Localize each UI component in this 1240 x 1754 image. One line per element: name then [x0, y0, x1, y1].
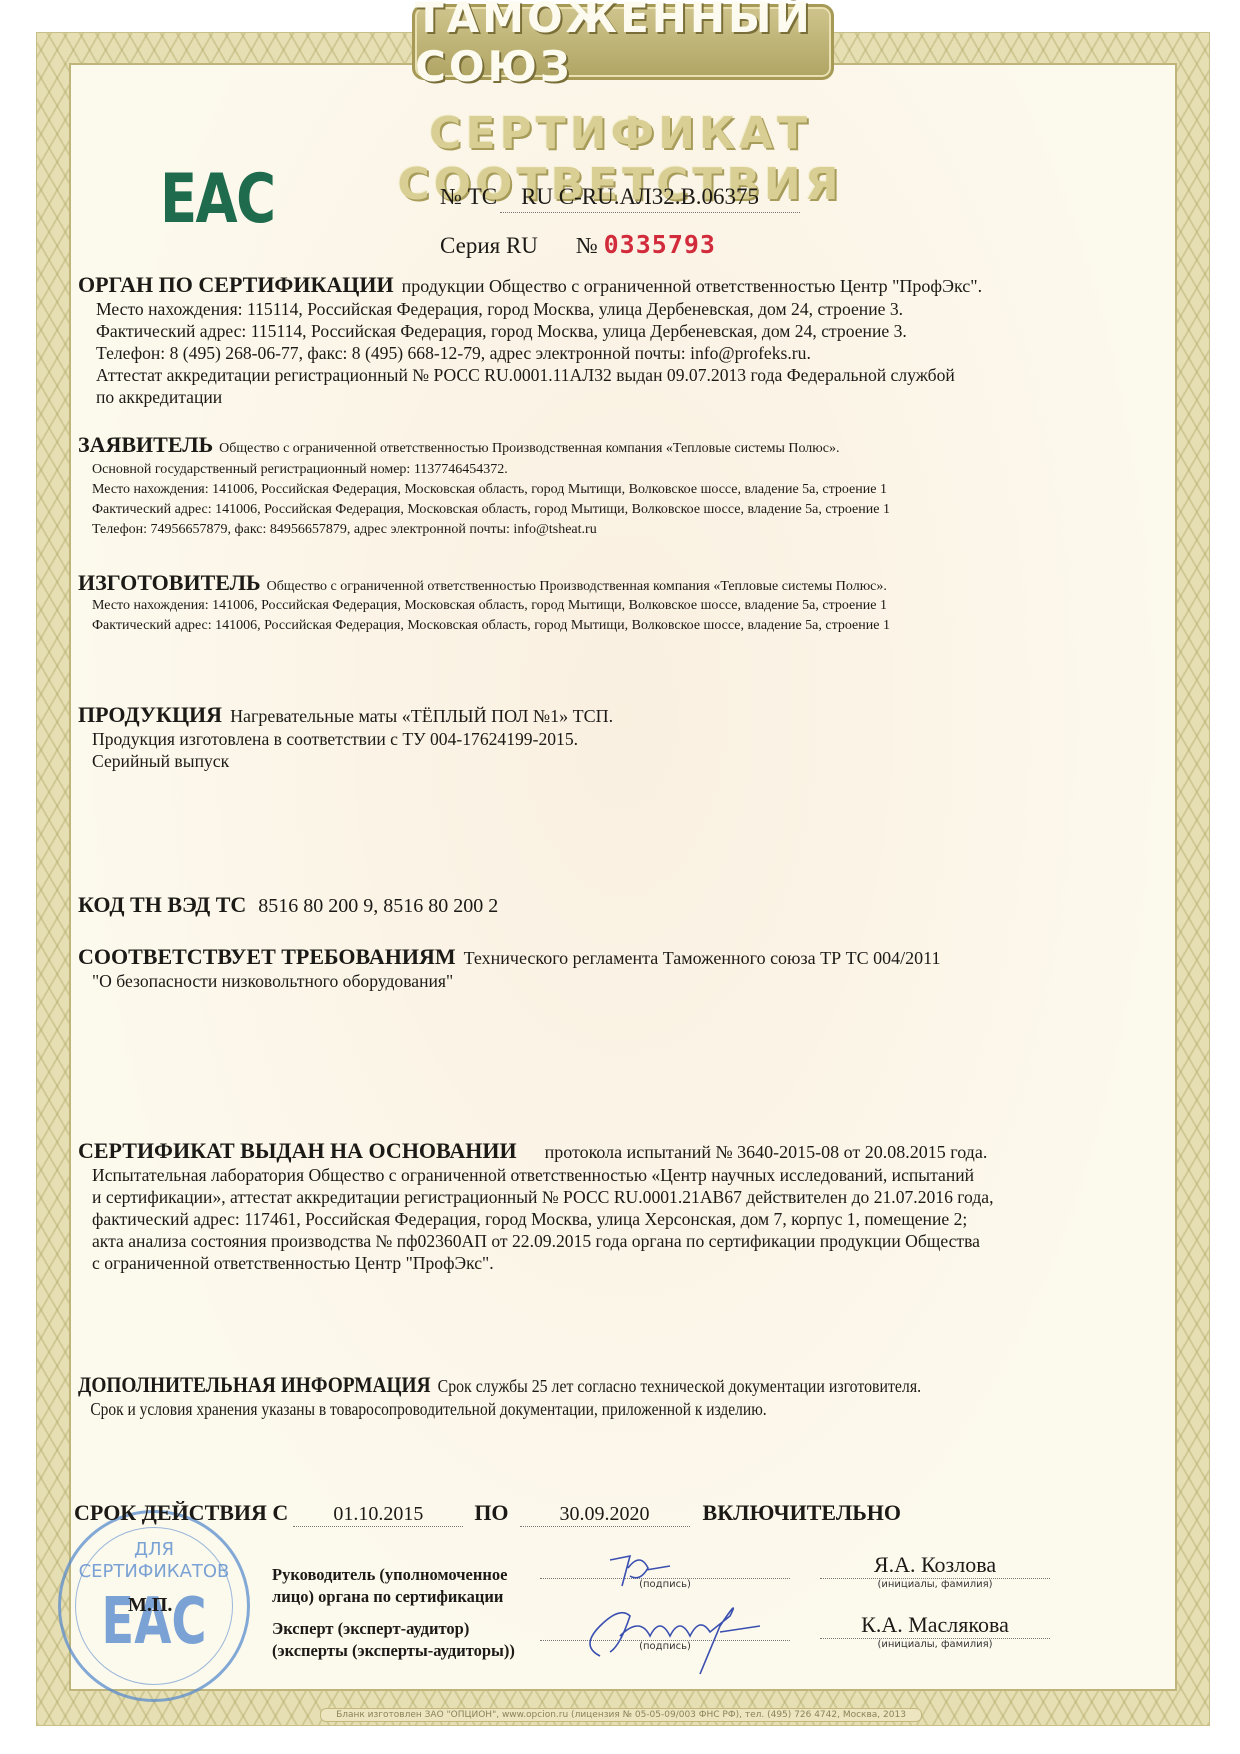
expert-name: К.А. Маслякова: [820, 1612, 1050, 1638]
section-applicant: ЗАЯВИТЕЛЬОбщество с ограниченной ответст…: [78, 432, 1150, 540]
label-line: Руководитель (уполномоченное: [272, 1564, 507, 1586]
expert-signature-icon: [570, 1586, 770, 1676]
text-line: Место нахождения: 141006, Российская Фед…: [92, 480, 1150, 500]
section-lead: протокола испытаний № 3640-2015-08 от 20…: [545, 1142, 988, 1162]
section-basis: СЕРТИФИКАТ ВЫДАН НА ОСНОВАНИИпротокола и…: [78, 1138, 1180, 1274]
eac-logo-icon: ЕАС: [160, 160, 274, 239]
validity-suffix: ВКЛЮЧИТЕЛЬНО: [703, 1500, 901, 1525]
text-line: и сертификации», аттестат аккредитации р…: [92, 1186, 1180, 1208]
section-lead: Нагревательные маты «ТЁПЛЫЙ ПОЛ №1» ТСП.: [230, 706, 613, 726]
text-line: Испытательная лаборатория Общество с огр…: [92, 1164, 1180, 1186]
section-heading: ИЗГОТОВИТЕЛЬ: [78, 570, 261, 595]
printer-footer-note: Бланк изготовлен ЗАО "ОПЦИОН", www.opcio…: [320, 1708, 922, 1722]
label-line: (эксперты (эксперты-аудиторы)): [272, 1640, 515, 1662]
tc-number-line: № ТСRU C-RU.АЛ32.В.06375: [440, 184, 759, 210]
text-line: с ограниченной ответственностью Центр "П…: [92, 1252, 1180, 1274]
banner-text: ТАМОЖЕННЫЙ СОЮЗ: [415, 0, 831, 91]
expert-signatory-label: Эксперт (эксперт-аудитор) (эксперты (экс…: [272, 1618, 515, 1662]
section-lines: Место нахождения: 115114, Российская Фед…: [78, 298, 1150, 408]
text-line: Продукция изготовлена в соответствии с Т…: [92, 728, 1150, 750]
head-name-field: Я.А. Козлова (инициалы, фамилия): [820, 1552, 1050, 1590]
text-line: Место нахождения: 115114, Российская Фед…: [96, 298, 1150, 320]
section-lines: Основной государственный регистрационный…: [78, 460, 1150, 540]
head-signatory-label: Руководитель (уполномоченное лицо) орган…: [272, 1564, 507, 1608]
validity-date-to: 30.09.2020: [520, 1503, 690, 1527]
text-line: Фактический адрес: 141006, Российская Фе…: [92, 500, 1150, 520]
section-heading: СЕРТИФИКАТ ВЫДАН НА ОСНОВАНИИ: [78, 1138, 517, 1163]
validity-line: СРОК ДЕЙСТВИЯ С 01.10.2015 ПО 30.09.2020…: [74, 1500, 1140, 1527]
section-additional-info: ДОПОЛНИТЕЛЬНАЯ ИНФОРМАЦИЯСрок службы 25 …: [78, 1372, 1200, 1420]
text-line: Место нахождения: 141006, Российская Фед…: [92, 596, 1150, 616]
section-certification-body: ОРГАН ПО СЕРТИФИКАЦИИпродукции Общество …: [78, 272, 1150, 408]
validity-date-from: 01.10.2015: [293, 1503, 463, 1527]
section-lead: Срок службы 25 лет согласно технической …: [438, 1376, 921, 1396]
text-line: по аккредитации: [96, 386, 1150, 408]
text-line: Фактический адрес: 115114, Российская Фе…: [96, 320, 1150, 342]
serial-number: 0335793: [604, 230, 716, 259]
series-line: Серия RU№ 0335793: [440, 230, 716, 259]
serial-prefix: №: [576, 233, 598, 258]
text-line: Фактический адрес: 141006, Российская Фе…: [92, 616, 1150, 636]
section-lines: Испытательная лаборатория Общество с огр…: [78, 1164, 1180, 1274]
customs-union-banner: ТАМОЖЕННЫЙ СОЮЗ: [412, 4, 834, 80]
section-lines: Продукция изготовлена в соответствии с Т…: [78, 728, 1150, 772]
text-line: Телефон: 74956657879, факс: 84956657879,…: [92, 520, 1150, 540]
section-heading: ОРГАН ПО СЕРТИФИКАЦИИ: [78, 272, 394, 297]
section-heading: СООТВЕТСТВУЕТ ТРЕБОВАНИЯМ: [78, 944, 456, 969]
section-heading: ПРОДУКЦИЯ: [78, 702, 222, 727]
label-line: Эксперт (эксперт-аудитор): [272, 1618, 515, 1640]
name-caption: (инициалы, фамилия): [820, 1579, 1050, 1590]
section-manufacturer: ИЗГОТОВИТЕЛЬОбщество с ограниченной отве…: [78, 570, 1150, 636]
hs-code-value: 8516 80 200 9, 8516 80 200 2: [258, 895, 498, 917]
section-lines: Срок и условия хранения указаны в товаро…: [78, 1398, 1065, 1420]
text-line: Срок и условия хранения указаны в товаро…: [90, 1398, 1065, 1420]
section-heading: КОД ТН ВЭД ТС: [78, 892, 246, 917]
section-lead: Общество с ограниченной ответственностью…: [219, 441, 839, 456]
label-line: лицо) органа по сертификации: [272, 1586, 507, 1608]
name-caption: (инициалы, фамилия): [820, 1639, 1050, 1650]
text-line: акта анализа состояния производства № пф…: [92, 1230, 1180, 1252]
section-product: ПРОДУКЦИЯНагревательные маты «ТЁПЛЫЙ ПОЛ…: [78, 702, 1150, 772]
text-line: Аттестат аккредитации регистрационный № …: [96, 364, 1150, 386]
section-conformity: СООТВЕТСТВУЕТ ТРЕБОВАНИЯМТехнического ре…: [78, 944, 1150, 992]
expert-name-field: К.А. Маслякова (инициалы, фамилия): [820, 1612, 1050, 1650]
stamp-text-mid: СЕРТИФИКАТОВ: [61, 1561, 247, 1582]
tc-number: RU C-RU.АЛ32.В.06375: [521, 184, 759, 209]
section-lead: продукции Общество с ограниченной ответс…: [402, 276, 982, 296]
series-label: Серия RU: [440, 233, 538, 258]
section-lines: "О безопасности низковольтного оборудова…: [78, 970, 1150, 992]
section-heading: ДОПОЛНИТЕЛЬНАЯ ИНФОРМАЦИЯ: [78, 1372, 431, 1397]
text-line: "О безопасности низковольтного оборудова…: [92, 970, 1150, 992]
head-name: Я.А. Козлова: [820, 1552, 1050, 1578]
section-lines: Место нахождения: 141006, Российская Фед…: [78, 596, 1150, 636]
tc-number-underline: [500, 212, 800, 213]
text-line: Телефон: 8 (495) 268-06-77, факс: 8 (495…: [96, 342, 1150, 364]
section-heading: ЗАЯВИТЕЛЬ: [78, 432, 213, 457]
section-lead: Общество с ограниченной ответственностью…: [267, 579, 887, 594]
text-line: фактический адрес: 117461, Российская Фе…: [92, 1208, 1180, 1230]
section-lead: Технического регламента Таможенного союз…: [464, 948, 941, 968]
tc-label: № ТС: [440, 184, 497, 209]
text-line: Основной государственный регистрационный…: [92, 460, 1150, 480]
stamp-place-label: М.П.: [128, 1594, 172, 1617]
section-hs-code: КОД ТН ВЭД ТС 8516 80 200 9, 8516 80 200…: [78, 892, 1150, 918]
stamp-text-top: ДЛЯ: [61, 1539, 247, 1560]
text-line: Серийный выпуск: [92, 750, 1150, 772]
validity-from-label: СРОК ДЕЙСТВИЯ С: [74, 1500, 288, 1525]
validity-to-label: ПО: [474, 1500, 508, 1525]
